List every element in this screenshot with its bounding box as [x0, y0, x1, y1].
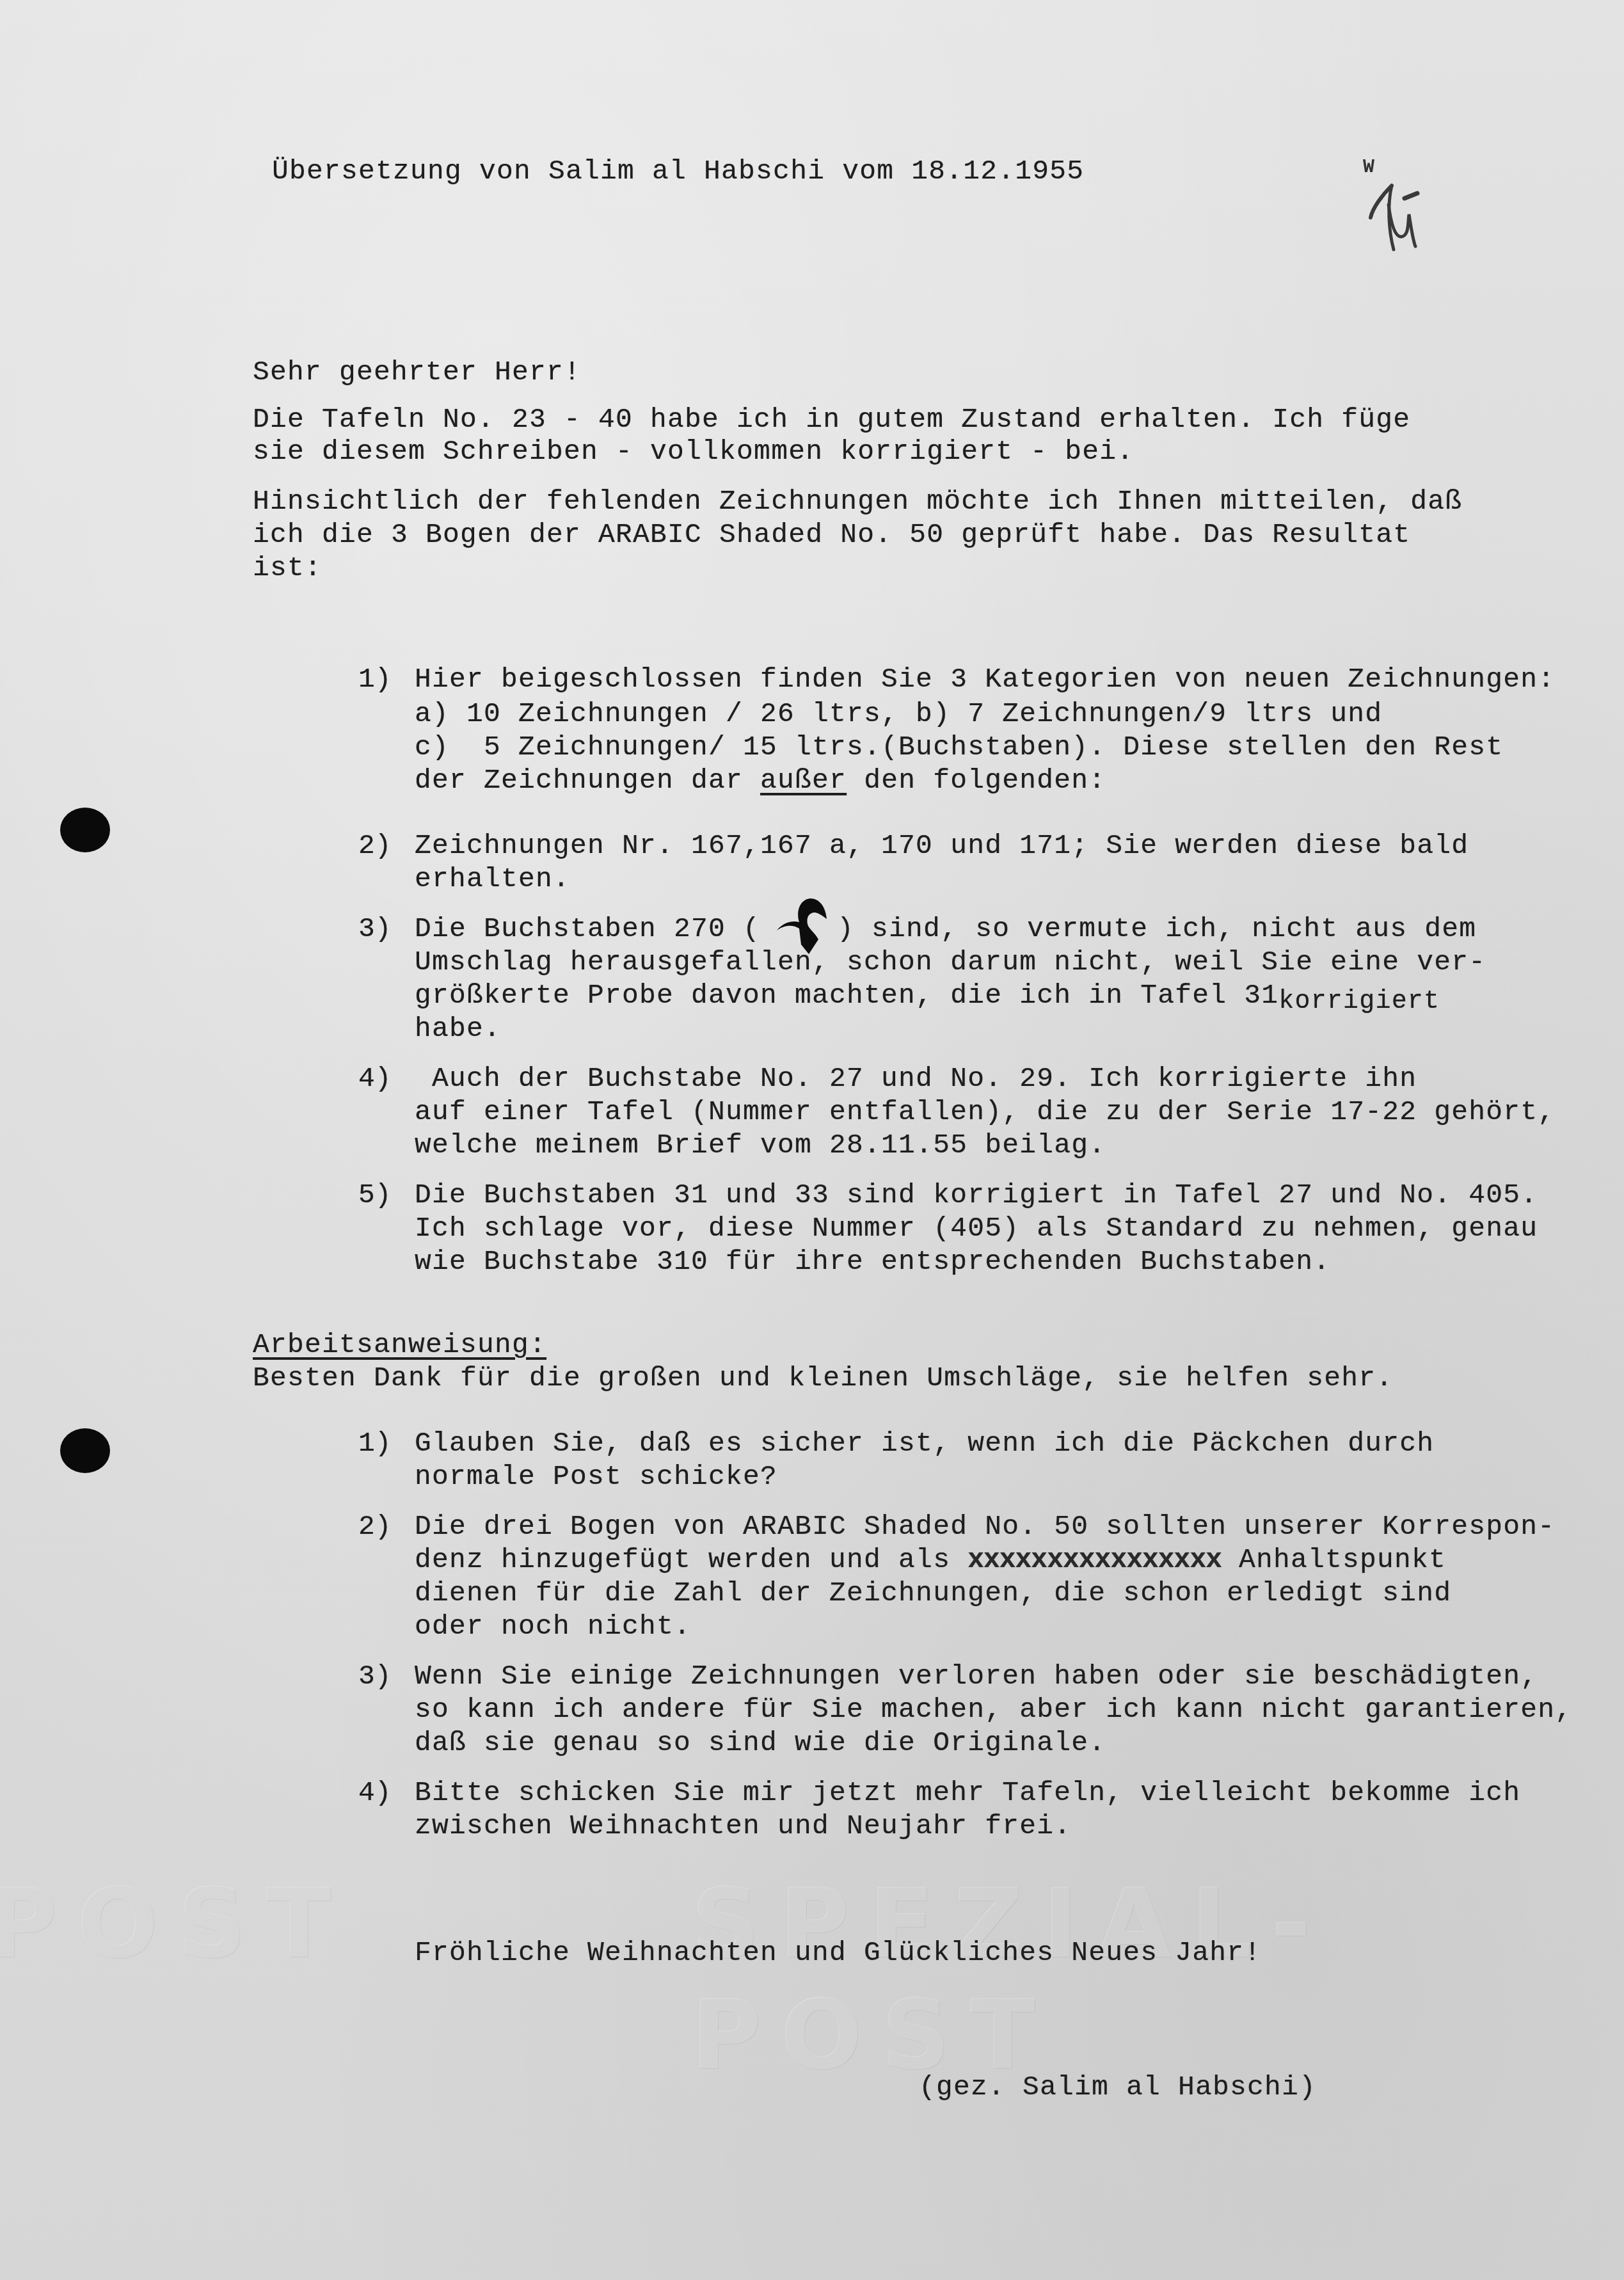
result-1-line-4-b: den folgenden: [847, 765, 1106, 796]
inserted-korrigiert: korrigiert [1278, 987, 1440, 1016]
result-3-line-3: größkerte Probe davon machten, die ich i… [415, 979, 1440, 1014]
instruction-4-line-1: Bitte schicken Sie mir jetzt mehr Tafeln… [415, 1776, 1520, 1810]
work-instructions-thanks: Besten Dank für die großen und kleinen U… [253, 1362, 1393, 1395]
result-3-line-1-b: ) sind, so vermute ich, nicht aus dem [837, 913, 1476, 945]
instruction-1-number: 1) [358, 1427, 392, 1460]
instruction-4-number: 4) [358, 1776, 392, 1810]
result-3-line-4: habe. [415, 1012, 501, 1046]
embossed-watermark-left: POST [0, 1869, 351, 1980]
result-5-number: 5) [358, 1179, 392, 1212]
result-3-line-1: Die Buchstaben 270 ( ) sind, so vermute … [415, 913, 1476, 946]
punch-hole-bottom [60, 1428, 110, 1473]
document-title: Übersetzung von Salim al Habschi vom 18.… [272, 155, 1084, 188]
result-5-line-2: Ich schlage vor, diese Nummer (405) als … [415, 1212, 1538, 1245]
result-5-line-1: Die Buchstaben 31 und 33 sind korrigiert… [415, 1179, 1538, 1212]
punch-hole-top [60, 808, 110, 852]
instruction-3-number: 3) [358, 1660, 392, 1693]
instruction-3-line-2: so kann ich andere für Sie machen, aber … [415, 1693, 1572, 1726]
result-1-line-2: a) 10 Zeichnungen / 26 ltrs, b) 7 Zeichn… [415, 698, 1382, 731]
para2-line-3: ist: [253, 552, 322, 585]
result-3-line-3-a: größkerte Probe davon machten, die ich i… [415, 980, 1278, 1011]
instruction-2-line-4: oder noch nicht. [415, 1610, 691, 1643]
result-3-number: 3) [358, 913, 392, 946]
salutation: Sehr geehrter Herr! [253, 356, 581, 389]
result-3-line-2: Umschlag herausgefallen, schon darum nic… [415, 946, 1486, 979]
result-1-line-4-a: der Zeichnungen dar [415, 765, 760, 796]
result-4-line-3: welche meinem Brief vom 28.11.55 beilag. [415, 1129, 1106, 1162]
para2-line-2: ich die 3 Bogen der ARABIC Shaded No. 50… [253, 518, 1410, 552]
instruction-1-line-1: Glauben Sie, daß es sicher ist, wenn ich… [415, 1427, 1434, 1460]
instruction-2-line-2: denz hinzugefügt werden und als xxxxxxxx… [415, 1543, 1446, 1577]
signature: (gez. Salim al Habschi) [919, 2071, 1316, 2104]
para2-line-1: Hinsichtlich der fehlenden Zeichnungen m… [253, 485, 1462, 518]
instruction-4-line-2: zwischen Weihnachten und Neujahr frei. [415, 1810, 1071, 1843]
result-2-line-2: erhalten. [415, 863, 570, 896]
work-instructions-heading: Arbeitsanweisung: [253, 1328, 546, 1362]
struck-out-text: xxxxxxxxxxxxxxxx [967, 1544, 1222, 1575]
result-4-line-1: Auch der Buchstabe No. 27 und No. 29. Ic… [415, 1062, 1417, 1096]
closing-greeting: Fröhliche Weihnachten und Glückliches Ne… [415, 1936, 1261, 1970]
result-2-line-1: Zeichnungen Nr. 167,167 a, 170 und 171; … [415, 829, 1469, 863]
underlined-ausser: außer [760, 765, 847, 796]
result-5-line-3: wie Buchstabe 310 für ihre entsprechende… [415, 1245, 1330, 1279]
result-4-line-2: auf einer Tafel (Nummer entfallen), die … [415, 1096, 1555, 1129]
result-1-line-3: c) 5 Zeichnungen/ 15 ltrs.(Buchstaben). … [415, 731, 1503, 764]
instruction-2-line-3: dienen für die Zahl der Zeichnungen, die… [415, 1577, 1451, 1610]
result-1-line-4: der Zeichnungen dar außer den folgenden: [415, 764, 1106, 797]
instruction-3-line-3: daß sie genau so sind wie die Originale. [415, 1726, 1106, 1760]
instruction-1-line-2: normale Post schicke? [415, 1460, 777, 1494]
result-1-line-1: Hier beigeschlossen finden Sie 3 Kategor… [415, 663, 1555, 696]
embossed-watermark-center: SPEZIAL-POST [691, 1869, 1624, 2091]
arabic-letter-drawing-icon [760, 913, 837, 946]
intro-line-2: sie diesem Schreiben - vollkommen korrig… [253, 435, 1134, 468]
instruction-2-line-2-b: Anhaltspunkt [1222, 1544, 1446, 1575]
result-4-number: 4) [358, 1062, 392, 1096]
instruction-2-line-2-a: denz hinzugefügt werden und als [415, 1544, 967, 1575]
result-1-number: 1) [358, 663, 392, 696]
typed-letter-page: POST SPEZIAL-POST Übersetzung von Salim … [0, 0, 1624, 2280]
handwritten-initials-icon [1363, 160, 1433, 259]
result-3-line-1-a: Die Buchstaben 270 ( [415, 913, 760, 945]
instruction-2-number: 2) [358, 1510, 392, 1543]
instruction-2-line-1: Die drei Bogen von ARABIC Shaded No. 50 … [415, 1510, 1555, 1543]
intro-line-1: Die Tafeln No. 23 - 40 habe ich in gutem… [253, 403, 1410, 436]
result-2-number: 2) [358, 829, 392, 863]
instruction-3-line-1: Wenn Sie einige Zeichnungen verloren hab… [415, 1660, 1538, 1693]
